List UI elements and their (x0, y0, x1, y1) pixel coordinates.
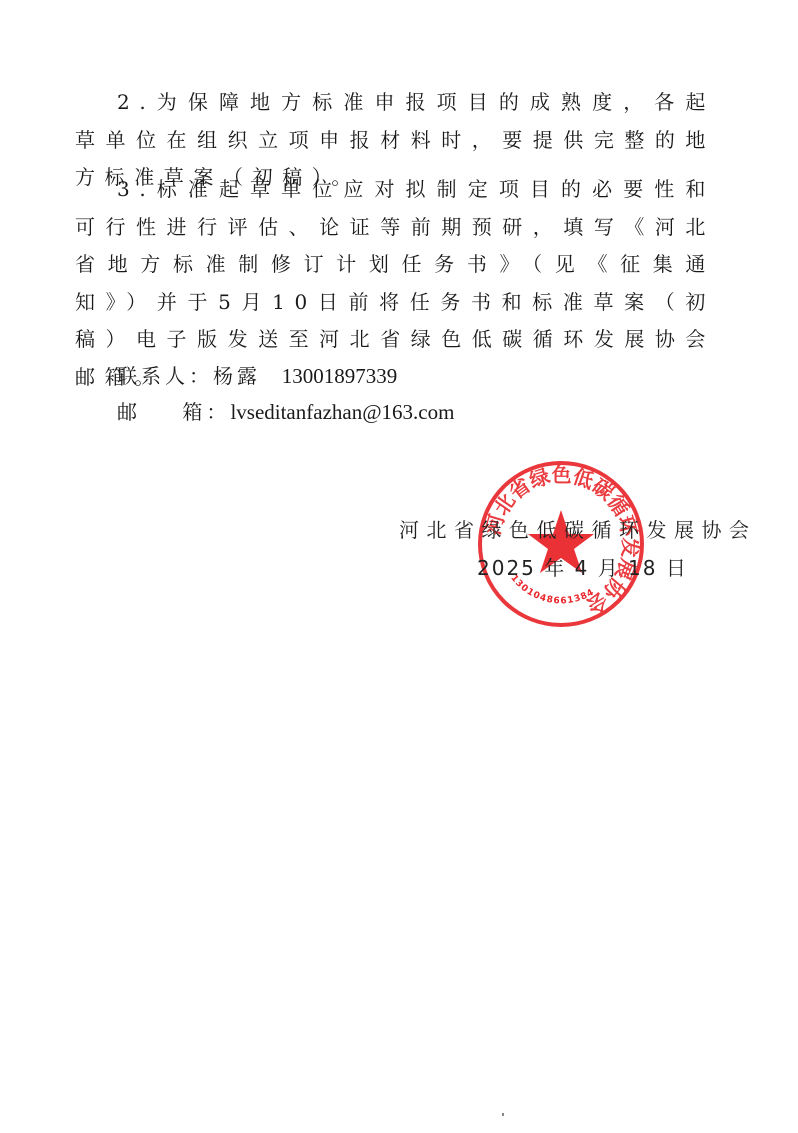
contact-person-line: 联系人：杨露 13001897339 (117, 360, 397, 389)
signature-date: 2025 年 4 月 18 日 (477, 552, 688, 581)
contact-email[interactable]: lvseditanfazhan@163.com (230, 400, 454, 424)
contact-person-name: 杨露 (213, 364, 261, 388)
contact-email-line: 邮 箱：lvseditanfazhan@163.com (117, 396, 454, 425)
signature-organization: 河北省绿色低碳循环发展协会 (399, 514, 757, 543)
contact-phone: 13001897339 (282, 364, 398, 388)
document-page: 2.为保障地方标准申报项目的成熟度，各起草单位在组织立项申报材料时，要提供完整的… (0, 0, 798, 1133)
contact-person-label: 联系人： (117, 364, 213, 388)
page-mark (502, 1113, 504, 1116)
contact-email-label: 邮 箱： (117, 400, 230, 424)
official-seal-stamp: 河北省绿色低碳循环发展协会 1301048661384 (475, 458, 647, 630)
